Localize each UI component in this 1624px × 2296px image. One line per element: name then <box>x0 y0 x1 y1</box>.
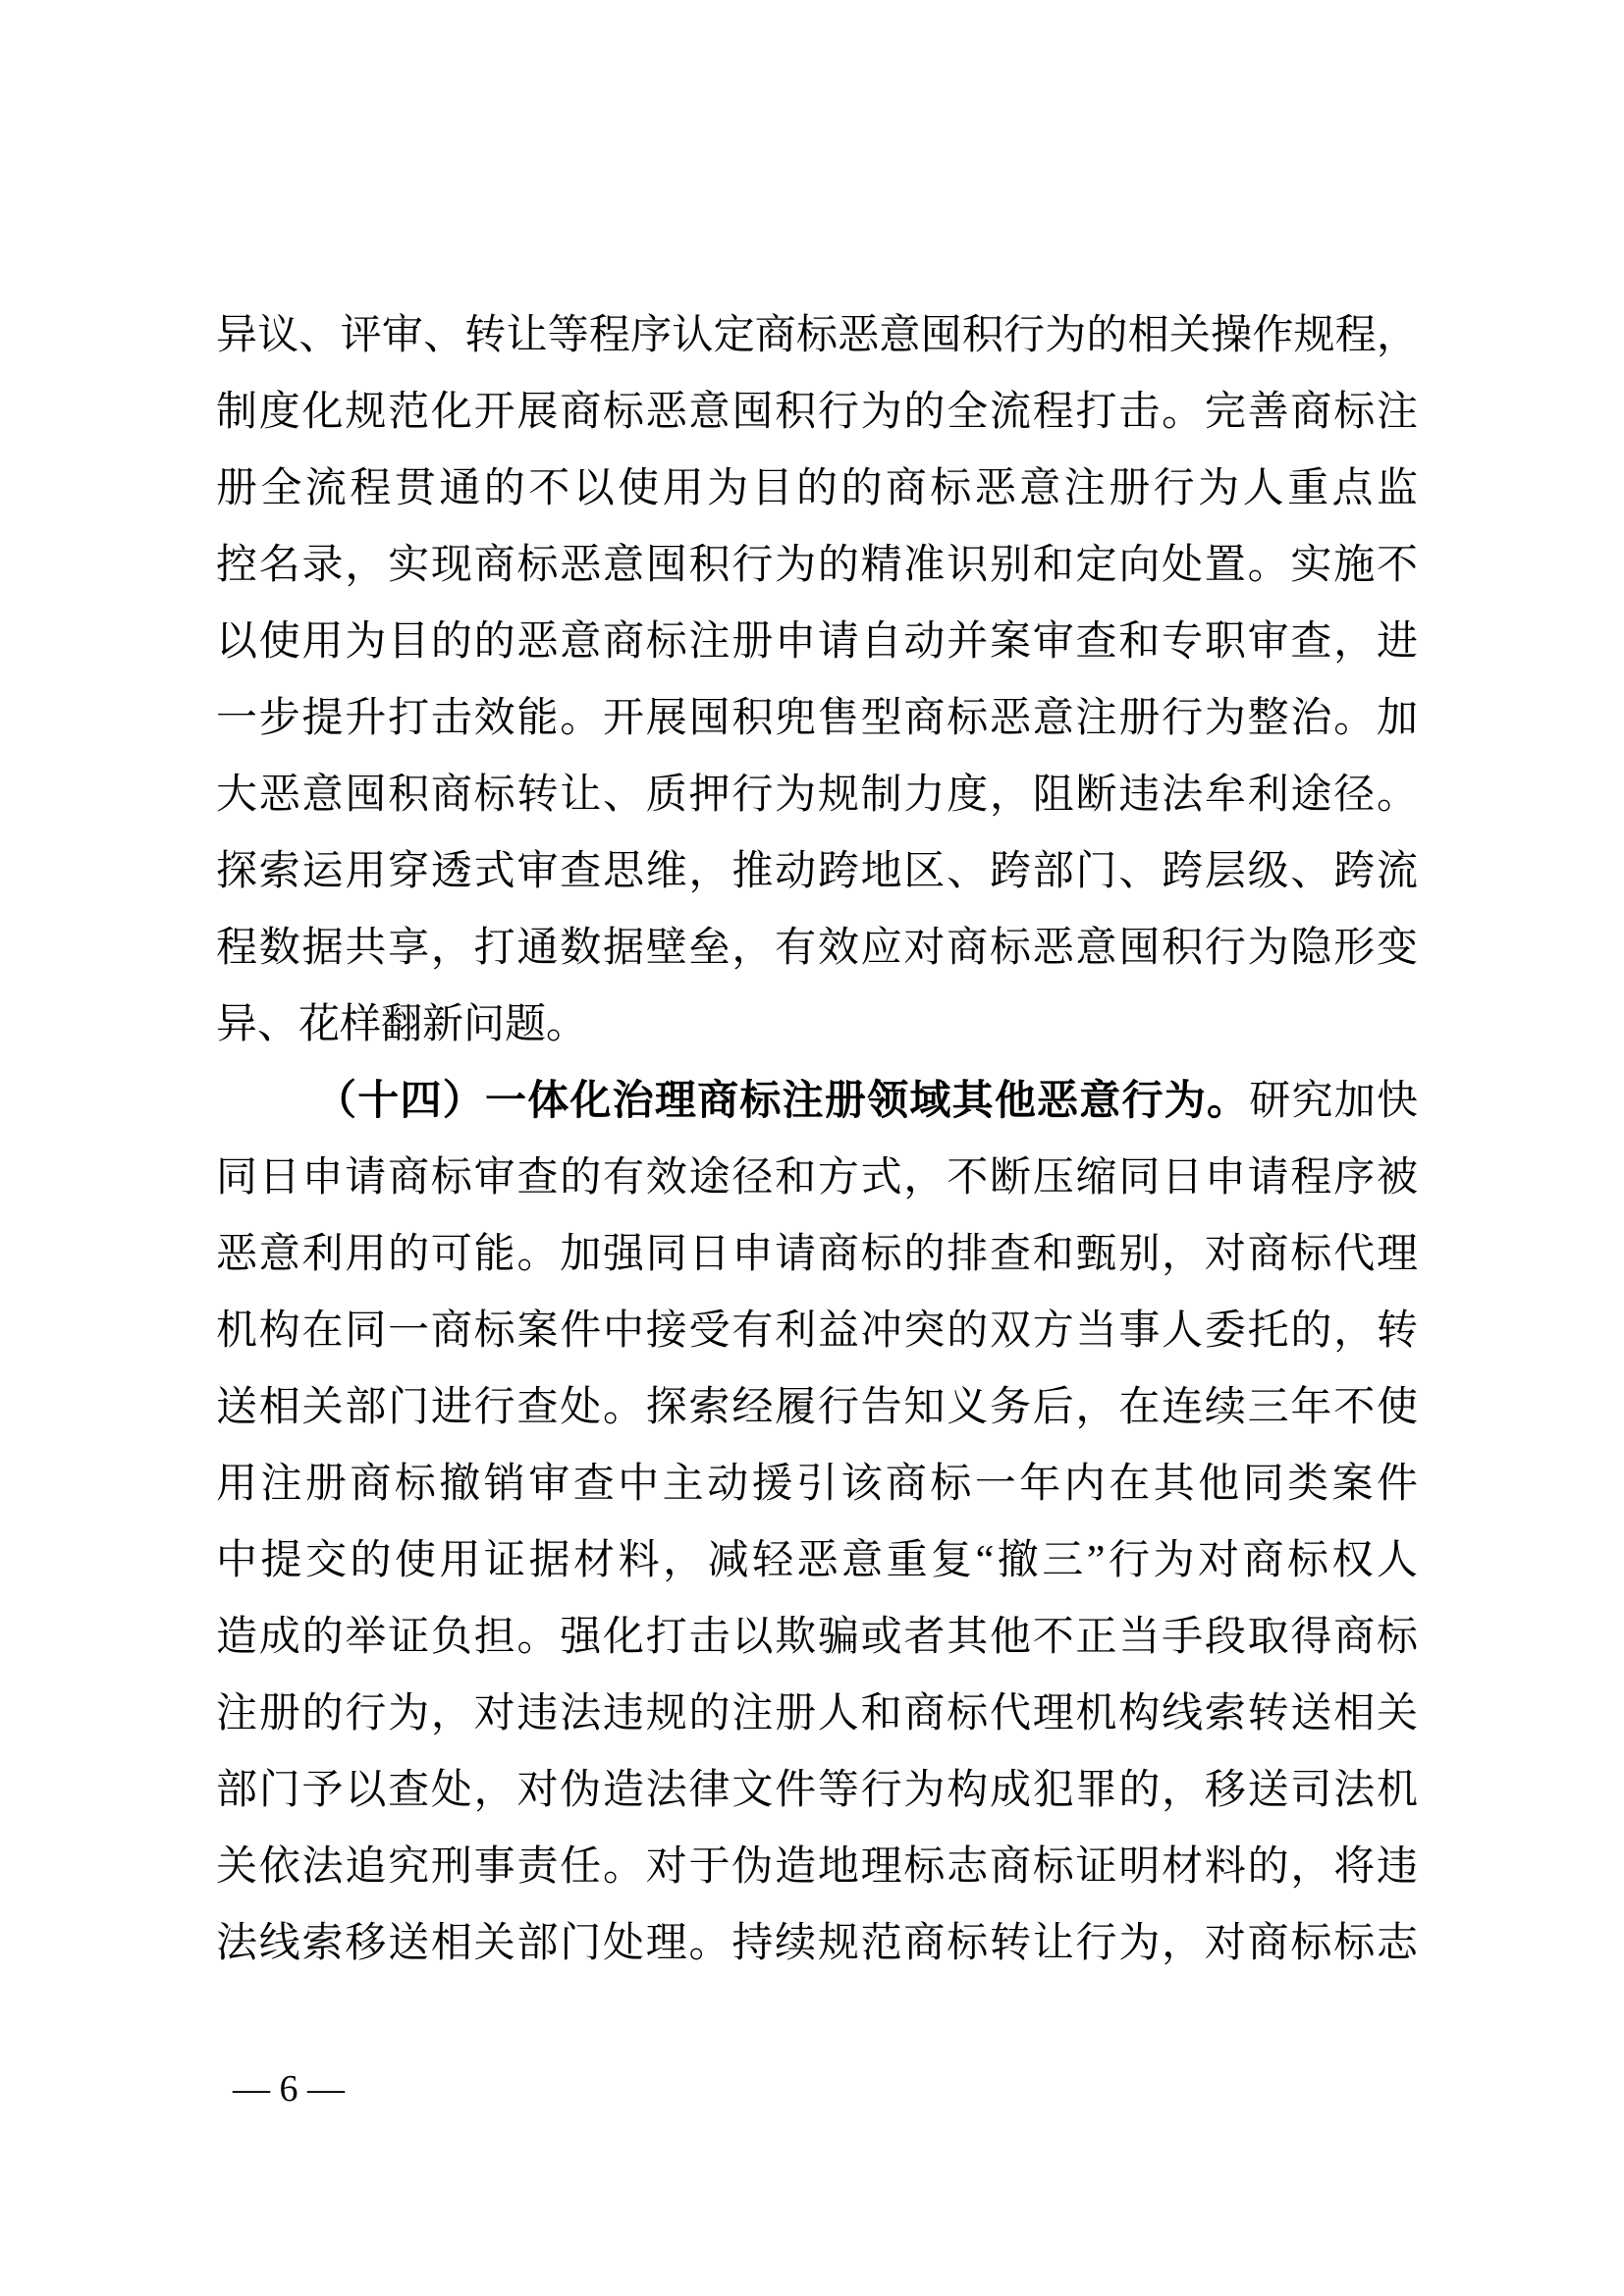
text-line: 部门予以查处，对伪造法律文件等行为构成犯罪的，移送司法机 <box>216 1752 1418 1829</box>
text-line: 册全流程贯通的不以使用为目的的商标恶意注册行为人重点监 <box>216 451 1418 527</box>
document-page: 异议、评审、转让等程序认定商标恶意囤积行为的相关操作规程，制度化规范化开展商标恶… <box>0 0 1624 2296</box>
page-number: — 6 — <box>233 2068 345 2109</box>
text-line: 机构在同一商标案件中接受有利益冲突的双方当事人委托的，转 <box>216 1293 1418 1369</box>
text-line: 用注册商标撤销审查中主动援引该商标一年内在其他同类案件 <box>216 1446 1418 1522</box>
text-line: 程数据共享，打通数据壁垒，有效应对商标恶意囤积行为隐形变 <box>216 910 1418 987</box>
text-line: 注册的行为，对违法违规的注册人和商标代理机构线索转送相关 <box>216 1676 1418 1752</box>
text-line: 中提交的使用证据材料，减轻恶意重复“撤三”行为对商标权人 <box>216 1522 1418 1599</box>
text-line: 一步提升打击效能。开展囤积兜售型商标恶意注册行为整治。加 <box>216 680 1418 757</box>
line-text: 研究加快 <box>1249 1079 1418 1124</box>
text-line: 异议、评审、转让等程序认定商标恶意囤积行为的相关操作规程， <box>216 297 1418 374</box>
text-line: 制度化规范化开展商标恶意囤积行为的全流程打击。完善商标注 <box>216 374 1418 451</box>
text-line: 控名录，实现商标恶意囤积行为的精准识别和定向处置。实施不 <box>216 527 1418 604</box>
text-line: 送相关部门进行查处。探索经履行告知义务后，在连续三年不使 <box>216 1369 1418 1446</box>
text-line: 造成的举证负担。强化打击以欺骗或者其他不正当手段取得商标 <box>216 1599 1418 1676</box>
text-line: 同日申请商标审查的有效途径和方式，不断压缩同日申请程序被 <box>216 1140 1418 1216</box>
text-line: 异、花样翻新问题。 <box>216 987 1418 1063</box>
document-body: 异议、评审、转让等程序认定商标恶意囤积行为的相关操作规程，制度化规范化开展商标恶… <box>216 297 1418 1982</box>
text-line: 关依法追究刑事责任。对于伪造地理标志商标证明材料的，将违 <box>216 1829 1418 1905</box>
text-line: 以使用为目的的恶意商标注册申请自动并案审查和专职审查，进 <box>216 604 1418 680</box>
text-line: 恶意利用的可能。加强同日申请商标的排查和甄别，对商标代理 <box>216 1216 1418 1293</box>
section-heading: （十四）一体化治理商标注册领域其他恶意行为。 <box>315 1079 1249 1124</box>
text-line: （十四）一体化治理商标注册领域其他恶意行为。研究加快 <box>216 1063 1418 1140</box>
text-line: 法线索移送相关部门处理。持续规范商标转让行为，对商标标志 <box>216 1905 1418 1982</box>
text-line: 探索运用穿透式审查思维，推动跨地区、跨部门、跨层级、跨流 <box>216 833 1418 910</box>
page-footer: — 6 — <box>233 2064 345 2113</box>
text-line: 大恶意囤积商标转让、质押行为规制力度，阻断违法牟利途径。 <box>216 757 1418 833</box>
